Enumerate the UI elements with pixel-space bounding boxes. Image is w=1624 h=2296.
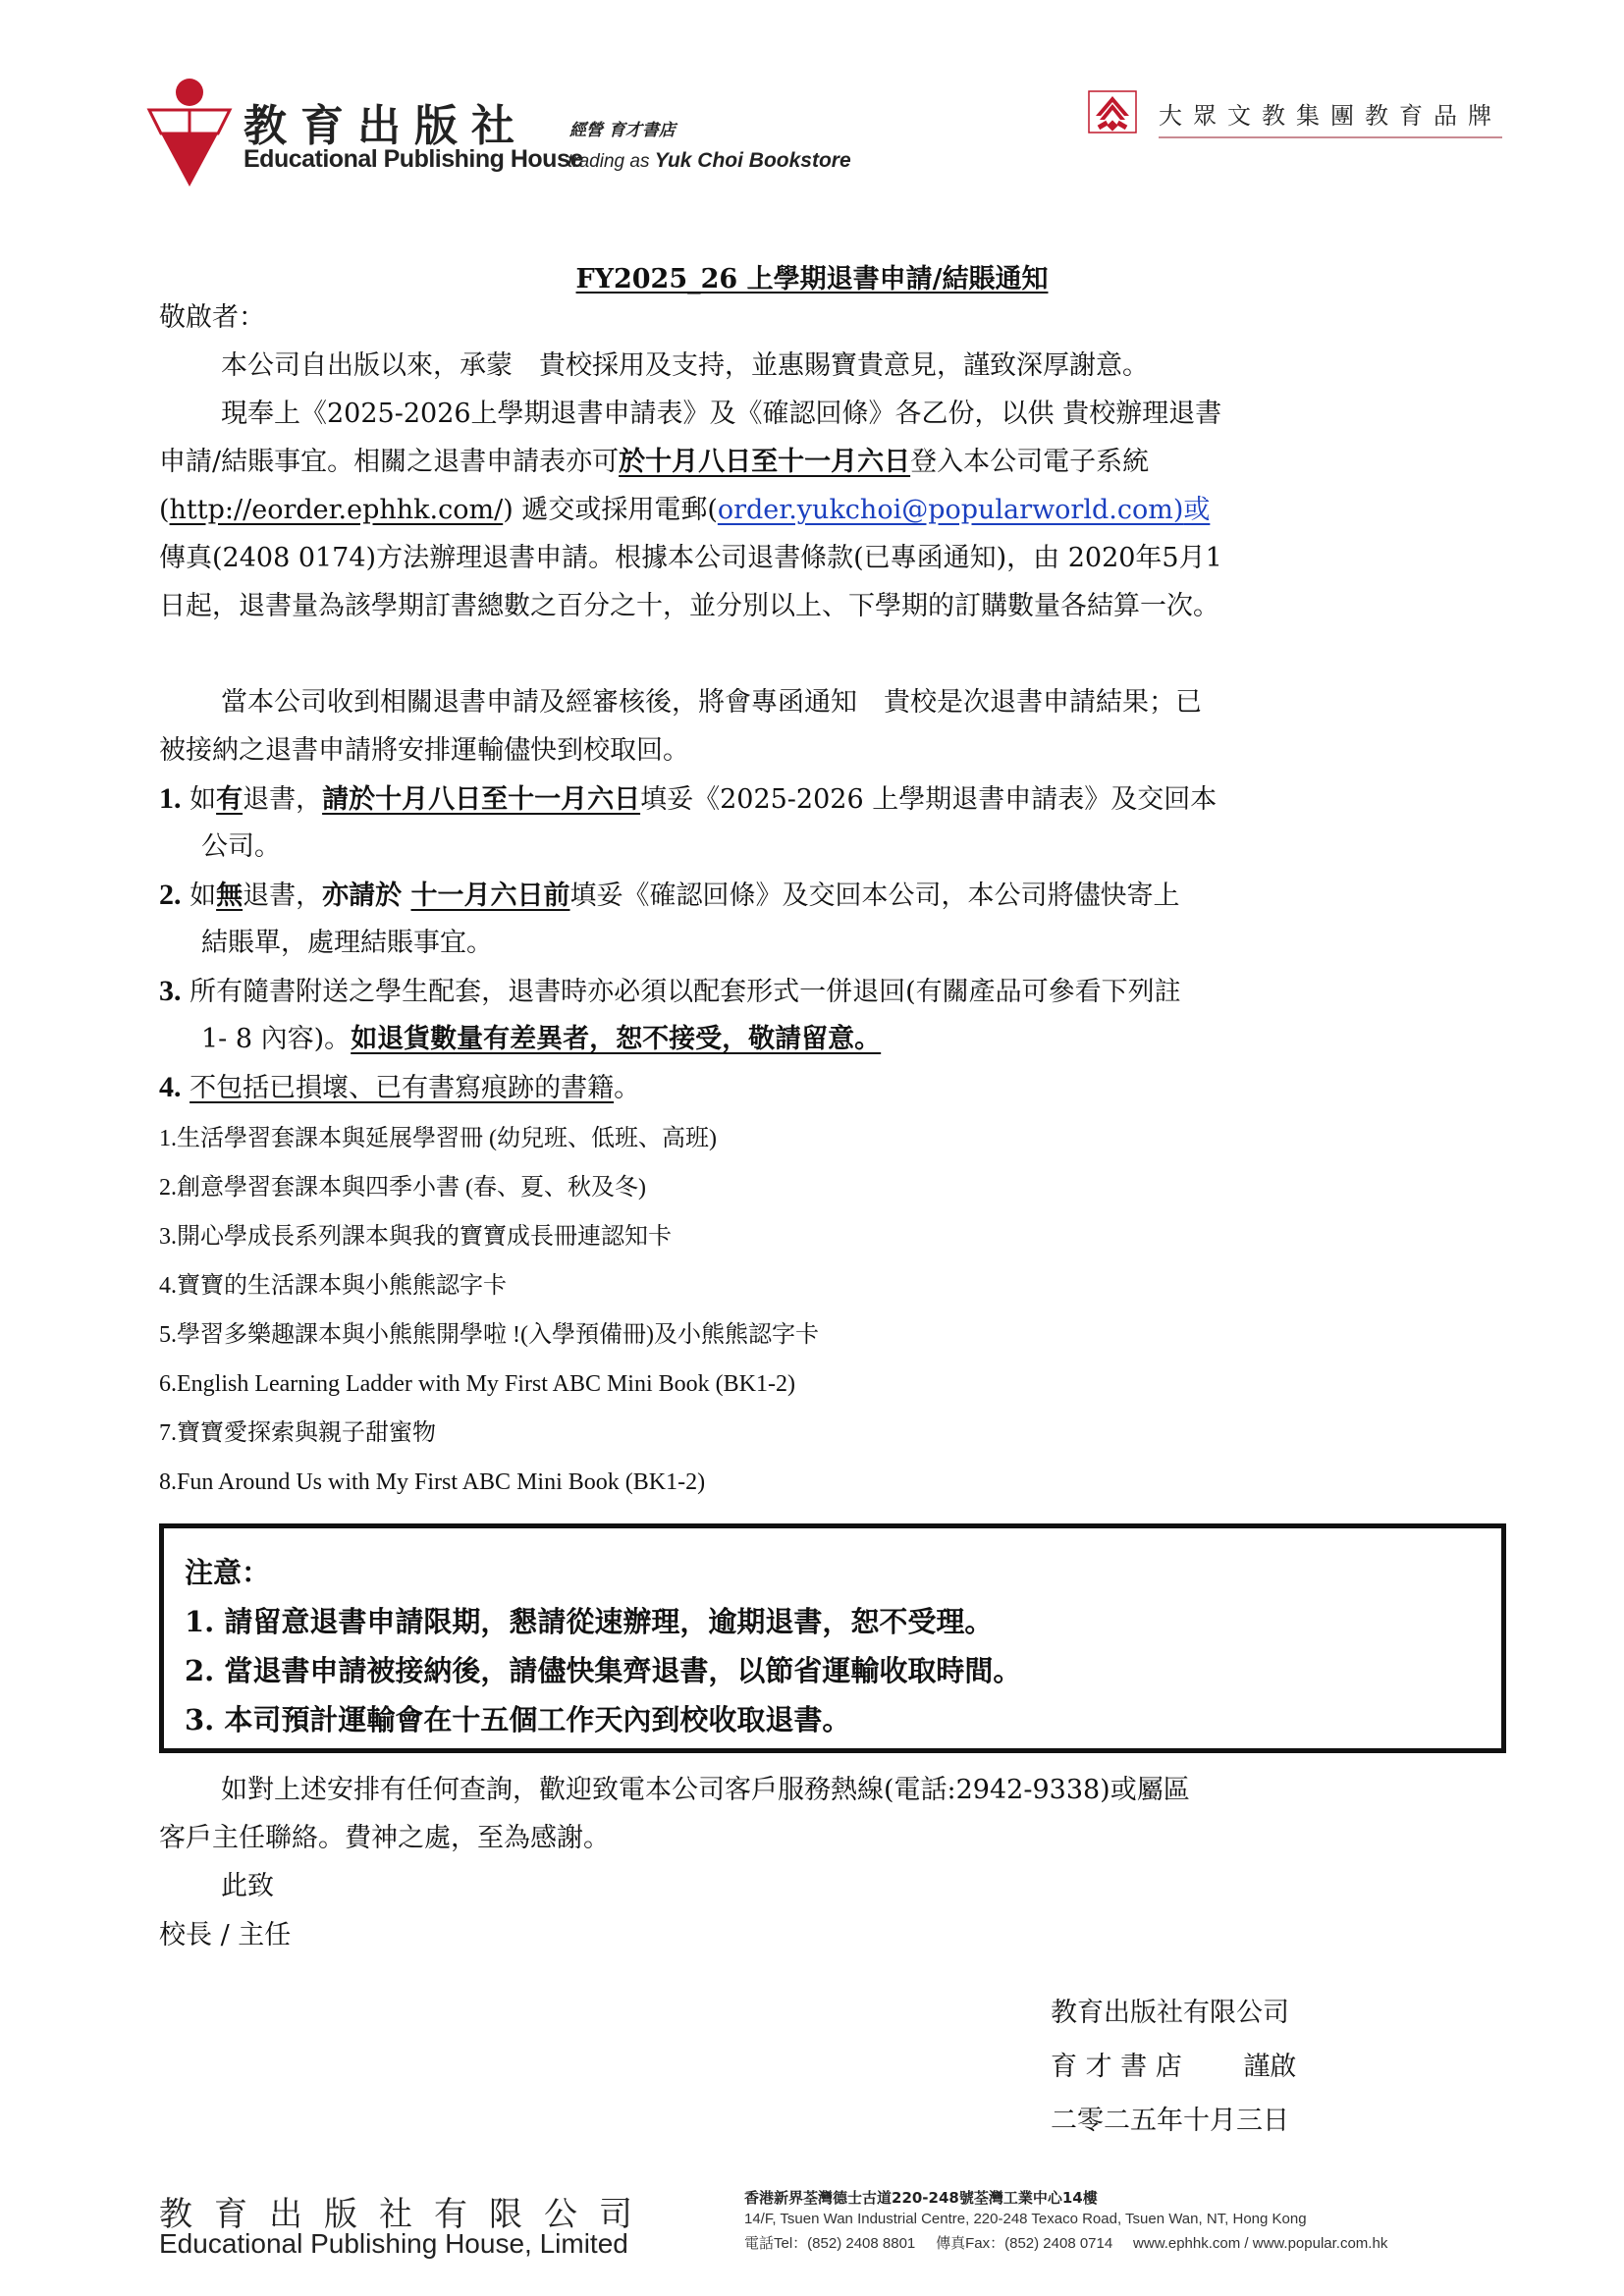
paragraph-forms-line1: 現奉上《2025-2026上學期退書申請表》及《確認回條》各乙份，以供 貴校辦理… — [221, 399, 1221, 430]
note-item: 1.生活學習套課本與延展學習冊 (幼兒班、低班、高班) — [159, 1124, 717, 1153]
paragraph-forms-line5: 日起，退書量為該學期訂書總數之百分之十，並分別以上、下學期的訂購數量各結算一次。 — [159, 591, 1219, 622]
logo-chinese-subtitle: 經營 育才書店 — [569, 116, 676, 140]
footer-address-cn: 香港新界荃灣德士古道220-248號荃灣工業中心14樓 — [744, 2187, 1098, 2208]
signature-bookstore: 育 才 書 店 謹啟 — [1051, 2045, 1296, 2083]
paragraph-forms-line2: 申請/結賬事宜。相關之退書申請表亦可於十月八日至十一月六日登入本公司電子系統 — [159, 447, 1149, 478]
paragraph-thanks: 本公司自出版以來，承蒙 貴校採用及支持，並惠賜寶貴意見，謹致深厚謝意。 — [221, 350, 1149, 382]
note-item: 6.English Learning Ladder with My First … — [159, 1369, 795, 1399]
note-item: 3.開心學成長系列課本與我的寶寶成長冊連認知卡 — [159, 1222, 672, 1252]
paragraph-forms-line3: (http://eorder.ephhk.com/) 遞交或採用電郵(order… — [159, 495, 1210, 526]
trading-as-label: trading as — [568, 151, 649, 172]
list-item-2: 2. 如無退書，亦請於 十一月六日前填妥《確認回條》及交回本公司，本公司將儘快寄… — [159, 880, 1180, 912]
footer-contact: 電話Tel：(852) 2408 8801 傳真Fax：(852) 2408 0… — [744, 2232, 1387, 2253]
list-item-3-cont: 1- 8 內容)。如退貨數量有差異者，恕不接受，敬請留意。 — [201, 1024, 881, 1055]
eorder-link[interactable]: http://eorder.ephhk.com/ — [170, 495, 504, 525]
paragraph-review-line1: 當本公司收到相關退書申請及經審核後，將會專函通知 貴校是次退書申請結果；已 — [221, 687, 1202, 719]
note-item: 8.Fun Around Us with My First ABC Mini B… — [159, 1468, 705, 1497]
group-brand-logo-icon — [1088, 90, 1137, 133]
notice-line: 3. 本司預計運輸會在十五個工作天內到校收取退書。 — [185, 1698, 850, 1738]
list-item-2-cont: 結賬單，處理結賬事宜。 — [201, 928, 493, 959]
submission-period: 於十月八日至十一月六日 — [619, 447, 910, 477]
footer-company-en: Educational Publishing House, Limited — [159, 2228, 628, 2260]
salutation: 敬啟者： — [159, 302, 265, 334]
note-item: 7.寶寶愛探索與親子甜蜜物 — [159, 1418, 436, 1448]
signature-company: 教育出版社有限公司 — [1051, 1991, 1289, 2029]
email-link[interactable]: order.yukchoi@popularworld.com) — [718, 495, 1184, 525]
list-item-4: 4. 不包括已損壞、已有書寫痕跡的書籍。 — [159, 1072, 640, 1104]
note-item: 5.學習多樂趣課本與小熊熊開學啦 !(入學預備冊)及小熊熊認字卡 — [159, 1320, 819, 1350]
closing-line2: 客戶主任聯絡。費神之處，至為感謝。 — [159, 1823, 610, 1854]
recipient: 校長 / 主任 — [159, 1920, 291, 1951]
paragraph-forms-line4: 傳真(2408 0174)方法辦理退書申請。根據本公司退書條款(已專函通知)，由… — [159, 543, 1222, 574]
note-item: 2.創意學習套課本與四季小書 (春、夏、秋及冬) — [159, 1173, 646, 1202]
list-item-1: 1. 如有退書，請於十月八日至十一月六日填妥《2025-2026 上學期退書申請… — [159, 783, 1217, 816]
logo-chinese-name: 教育出版社 — [244, 90, 528, 153]
document-title: FY2025_26 上學期退書申請/結賬通知 — [0, 257, 1624, 295]
closing-regards: 此致 — [221, 1871, 274, 1902]
company-logo-icon — [145, 77, 234, 187]
group-brand-text: 大眾文教集團教育品牌 — [1159, 96, 1502, 138]
notice-line: 2. 當退書申請被接納後，請儘快集齊退書，以節省運輸收取時間。 — [185, 1649, 1021, 1689]
list-item-1-cont: 公司。 — [201, 831, 281, 863]
footer-address-en: 14/F, Tsuen Wan Industrial Centre, 220-2… — [744, 2211, 1307, 2227]
logo-english-name: Educational Publishing House — [244, 145, 583, 174]
signature-date: 二零二五年十月三日 — [1051, 2099, 1289, 2137]
notice-heading: 注意： — [185, 1551, 270, 1591]
paragraph-review-line2: 被接納之退書申請將安排運輸儘快到校取回。 — [159, 735, 689, 767]
closing-line1: 如對上述安排有任何查詢，歡迎致電本公司客戶服務熱線(電話:2942-9338)或… — [221, 1775, 1190, 1806]
notice-line: 1. 請留意退書申請限期，懇請從速辦理，逾期退書，恕不受理。 — [185, 1600, 993, 1640]
logo-english-subtitle: trading as Yuk Choi Bookstore — [568, 149, 851, 173]
list-item-3: 3. 所有隨書附送之學生配套，退書時亦必須以配套形式一併退回(有關產品可參看下列… — [159, 976, 1181, 1008]
note-item: 4.寶寶的生活課本與小熊熊認字卡 — [159, 1271, 507, 1301]
bookstore-name: Yuk Choi Bookstore — [655, 149, 851, 172]
